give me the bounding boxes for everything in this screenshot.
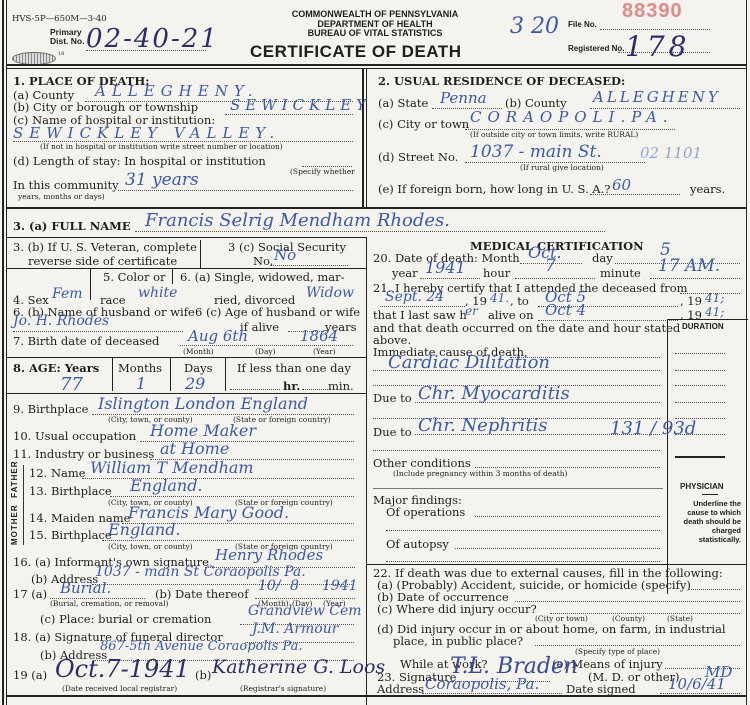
community-note: years, months or days) bbox=[18, 192, 105, 201]
father-name-value: William T Mendham bbox=[90, 458, 254, 477]
header-divider-2 bbox=[6, 68, 746, 69]
external-divider bbox=[366, 564, 746, 565]
due-to-1-value: Chr. Myocarditis bbox=[418, 383, 570, 404]
due-to-2-line bbox=[415, 434, 660, 435]
external-c-label: (c) Where did injury occur? bbox=[377, 602, 537, 616]
divider-row-3b bbox=[6, 237, 366, 238]
death-day-label: day bbox=[592, 251, 613, 265]
ssn-value: No bbox=[274, 246, 296, 264]
duration-line-1 bbox=[675, 353, 725, 354]
section-divider-2 bbox=[366, 68, 367, 208]
due-to-2-label: Due to bbox=[373, 425, 412, 439]
duration-line-2 bbox=[675, 370, 725, 371]
spouse-age-label: 6 (c) Age of husband or wife bbox=[195, 305, 360, 319]
other-conditions-divider bbox=[373, 488, 663, 489]
birth-year-value: 1864 bbox=[300, 327, 338, 345]
mother-birthplace-caption-1: (City, town, or county) bbox=[108, 542, 193, 551]
color-marital-divider bbox=[172, 268, 173, 284]
primary-dist-label: Primary Dist. No. bbox=[50, 28, 84, 46]
community-value: 31 years bbox=[125, 170, 199, 190]
disposition-type-caption: (Burial, cremation, or removal) bbox=[50, 599, 168, 608]
divider-row-4 bbox=[6, 268, 366, 269]
color-value: white bbox=[138, 285, 177, 301]
death-hour-line bbox=[515, 278, 595, 279]
sex-value: Fem bbox=[52, 286, 83, 302]
margin-note: 3 20 bbox=[510, 14, 559, 39]
occupation-label: 10. Usual occupation bbox=[13, 429, 136, 443]
stay-note: (Specify whether bbox=[290, 167, 355, 176]
other-conditions-label: Other conditions bbox=[373, 456, 471, 470]
full-name-line bbox=[135, 231, 605, 232]
spouse-name-value: Jo. H. Rhodes bbox=[13, 313, 109, 329]
birth-date-label: 7. Birth date of deceased bbox=[13, 334, 159, 348]
burial-place-value: Grandview Cem bbox=[248, 603, 362, 619]
physician-address-value: Coraopolis, Pa. bbox=[425, 675, 539, 693]
industry-value: at Home bbox=[160, 439, 229, 458]
last-saw-year-value: 41; bbox=[705, 305, 724, 319]
age-years-value: 77 bbox=[60, 374, 83, 395]
hospital-value: SEWICKLEY VALLEY. bbox=[13, 124, 280, 142]
to-year-label: , 19 bbox=[680, 294, 702, 308]
registrar-date-value: Oct.7-1941 bbox=[55, 655, 190, 683]
age-divider-2 bbox=[170, 357, 171, 391]
marital-value: Widow bbox=[306, 285, 354, 301]
death-city-line bbox=[225, 114, 353, 115]
res-county-value: ALLEGHENY bbox=[593, 88, 721, 106]
age-months-label: Months bbox=[118, 361, 162, 375]
res-state-label: (a) State bbox=[378, 96, 428, 110]
age-years-label: 8. AGE: Years bbox=[13, 361, 99, 375]
community-line bbox=[118, 190, 353, 191]
parents-bracket bbox=[23, 465, 27, 545]
due-to-1-label: Due to bbox=[373, 391, 412, 405]
occurred-label: and that death occurred on the date and … bbox=[373, 321, 680, 335]
operations-line-2 bbox=[386, 530, 660, 531]
age-less-label: If less than one day bbox=[237, 361, 351, 375]
certificate-title: CERTIFICATE OF DEATH bbox=[250, 42, 461, 62]
registrar-date-caption: (Date received local registrar) bbox=[62, 684, 177, 693]
attended-from-value: Sept. 24 bbox=[385, 289, 444, 305]
registered-no-line bbox=[618, 52, 710, 53]
informant-signature-value: Henry Rhodes bbox=[215, 546, 323, 564]
section-divider bbox=[362, 68, 364, 208]
mother-birthplace-line bbox=[102, 540, 354, 541]
res-city-note: (If outside city or town limits, write R… bbox=[470, 130, 638, 139]
father-name-label: 12. Name bbox=[29, 466, 86, 480]
death-minute-line bbox=[650, 278, 740, 279]
father-name-line bbox=[82, 478, 354, 479]
death-city-value: SEWICKLEY bbox=[230, 96, 371, 114]
length-of-stay-label: (d) Length of stay: In hospital or insti… bbox=[13, 154, 266, 168]
registrar-signature-caption: (Registrar's signature) bbox=[240, 684, 326, 693]
agency-line-3: BUREAU OF VITAL STATISTICS bbox=[275, 29, 475, 39]
duration-label: DURATION bbox=[682, 322, 724, 331]
immediate-cause-line-1 bbox=[510, 357, 660, 358]
birthplace-label: 9. Birthplace bbox=[13, 402, 88, 416]
funeral-director-value: J.M. Armour bbox=[252, 621, 338, 637]
age-min-label: min. bbox=[328, 379, 354, 393]
father-side-label: FATHER bbox=[10, 460, 19, 497]
res-street-note: (If rural give location) bbox=[520, 163, 604, 172]
color-label-1: 5. Color or bbox=[103, 270, 166, 284]
attended-from-line bbox=[380, 306, 465, 307]
agency-block: COMMONWEALTH OF PENNSYLVANIA DEPARTMENT … bbox=[275, 10, 475, 39]
res-state-value: Penna bbox=[440, 89, 487, 107]
disposition-17a-label: 17 (a) bbox=[13, 587, 47, 601]
res-street-code: 02 1101 bbox=[640, 144, 702, 162]
foreign-born-value: 60 bbox=[612, 176, 631, 194]
external-d-line bbox=[535, 645, 740, 646]
funeral-director-address-value: 867-5th Avenue Coraopolis Pa. bbox=[100, 639, 303, 654]
physician-note: Underline the cause to which death shoul… bbox=[671, 499, 741, 544]
sex-color-divider bbox=[90, 268, 91, 300]
date-signed-label: Date signed bbox=[566, 682, 636, 696]
occupation-value: Home Maker bbox=[150, 421, 256, 440]
other-conditions-line bbox=[475, 467, 660, 468]
date-signed-line bbox=[660, 693, 740, 694]
date-signed-value: 10/6/41 bbox=[668, 675, 726, 693]
veteran-label-2: reverse side of certificate bbox=[28, 254, 177, 268]
birthplace-value: Islington London England bbox=[98, 394, 308, 413]
right-border bbox=[746, 0, 747, 705]
duration-line-4 bbox=[675, 402, 725, 403]
disposition-date-day: 8 bbox=[290, 578, 299, 594]
external-d-label-2: place, in public place? bbox=[393, 634, 523, 648]
mother-side-label: MOTHER bbox=[10, 504, 19, 545]
due-to-2-value: Chr. Nephritis bbox=[418, 415, 548, 436]
mother-birthplace-label: 15. Birthplace bbox=[29, 528, 112, 542]
age-months-value: 1 bbox=[136, 374, 146, 393]
full-name-label: 3. (a) FULL NAME bbox=[13, 219, 131, 233]
divider-row-8 bbox=[6, 357, 366, 358]
registrar-19a-label: 19 (a) bbox=[13, 668, 47, 682]
physician-heading: PHYSICIAN bbox=[680, 482, 724, 491]
last-saw-label-1: that I last saw h bbox=[373, 308, 467, 322]
file-no-label: File No. bbox=[568, 20, 597, 29]
age-divider-3 bbox=[225, 357, 226, 391]
age-min-line bbox=[302, 389, 328, 390]
father-birthplace-line bbox=[110, 496, 354, 497]
marital-label-1: 6. (a) Single, widowed, mar- bbox=[180, 270, 345, 284]
due-to-2-line-2 bbox=[373, 450, 660, 451]
foreign-born-label: (e) If foreign born, how long in U. S. A… bbox=[378, 182, 610, 196]
death-year-line bbox=[420, 278, 480, 279]
left-border bbox=[2, 0, 4, 705]
birth-year-caption: (Year) bbox=[313, 347, 336, 356]
autopsy-line bbox=[455, 548, 660, 549]
father-birthplace-label: 13. Birthplace bbox=[29, 484, 112, 498]
disposition-date-month: 10/ bbox=[258, 578, 281, 594]
physician-address-label: Address bbox=[377, 682, 424, 696]
registrar-signature-value: Katherine G. Loos bbox=[212, 656, 385, 678]
age-hr-line bbox=[230, 389, 280, 390]
autopsy-label: Of autopsy bbox=[386, 537, 449, 551]
birth-day-caption: (Day) bbox=[255, 347, 276, 356]
operations-line bbox=[475, 516, 660, 517]
full-name-value: Francis Selrig Mendham Rhodes. bbox=[145, 210, 450, 231]
registered-no-label: Registered No. bbox=[568, 44, 624, 53]
medical-column-divider bbox=[366, 237, 367, 705]
duration-line-3 bbox=[675, 385, 725, 386]
ssn-line bbox=[270, 265, 348, 266]
res-street-label: (d) Street No. bbox=[378, 150, 458, 164]
death-minute-value: 17 AM. bbox=[658, 256, 720, 276]
external-d-caption: (Specify type of place) bbox=[575, 647, 660, 656]
death-minute-label: minute bbox=[600, 266, 641, 280]
age-hr-label: hr. bbox=[283, 379, 300, 393]
physician-address-line bbox=[422, 693, 562, 694]
from-year-value: 41. bbox=[490, 291, 509, 305]
veteran-ssn-divider bbox=[200, 240, 201, 268]
death-hour-label: hour bbox=[483, 266, 510, 280]
age-days-value: 29 bbox=[185, 374, 205, 393]
immediate-cause-line-2 bbox=[373, 370, 660, 371]
disposition-type-value: Burial. bbox=[60, 579, 111, 597]
burial-place-label: (c) Place: burial or cremation bbox=[40, 612, 211, 626]
left-border-inner bbox=[6, 0, 7, 705]
death-year-label: year bbox=[392, 266, 418, 280]
last-saw-value: Oct 4 bbox=[545, 301, 586, 319]
registrar-19b-label: (b) bbox=[195, 668, 211, 682]
disposition-date-label: (b) Date thereof bbox=[155, 587, 248, 601]
code-annotation: 131 / 93d bbox=[610, 418, 696, 440]
header-divider bbox=[6, 64, 746, 66]
death-hour-value: 7 bbox=[545, 256, 556, 276]
other-conditions-note: (Include pregnancy within 3 months of de… bbox=[393, 469, 567, 478]
death-certificate: HVS-5P—650M—3-40 Primary Dist. No. 02-40… bbox=[0, 0, 750, 705]
veteran-label-1: 3. (b) If U. S. Veteran, complete bbox=[13, 240, 197, 254]
age-days-label: Days bbox=[184, 361, 212, 375]
foreign-born-unit: years. bbox=[690, 182, 725, 196]
death-year-value: 1941 bbox=[425, 258, 466, 277]
community-label: In this community bbox=[13, 178, 119, 192]
mother-father-side-label: MOTHER FATHER bbox=[10, 460, 19, 545]
seal-number: 18 bbox=[58, 51, 64, 57]
disposition-date-year: 1941 bbox=[322, 578, 358, 594]
duration-line-7 bbox=[675, 456, 725, 458]
section-divider-h bbox=[6, 207, 746, 209]
father-birthplace-value: England. bbox=[130, 476, 203, 495]
birth-month-caption: (Month) bbox=[183, 347, 214, 356]
form-code: HVS-5P—650M—3-40 bbox=[12, 14, 107, 24]
external-a-line bbox=[688, 589, 740, 590]
birth-month-value: Aug 6th bbox=[188, 327, 248, 345]
last-saw-pronoun: er bbox=[465, 304, 478, 318]
death-city-label: (b) City or borough or township bbox=[13, 100, 198, 114]
to-year-value: 41; bbox=[705, 291, 724, 305]
primary-dist-line bbox=[86, 50, 206, 51]
res-city-label: (c) City or town bbox=[378, 117, 469, 131]
autopsy-line-2 bbox=[386, 561, 660, 562]
age-divider-1 bbox=[112, 357, 113, 391]
duration-column-line bbox=[667, 319, 668, 594]
operations-label: Of operations bbox=[386, 505, 465, 519]
file-number-stamp: 88390 bbox=[622, 0, 683, 23]
to-label: , to bbox=[510, 294, 529, 308]
due-to-1-line bbox=[415, 402, 660, 403]
hospital-note: (If not in hospital or institution write… bbox=[40, 142, 283, 151]
mother-birthplace-value: England. bbox=[108, 520, 181, 539]
birth-date-line bbox=[180, 345, 353, 346]
last-saw-label-2: alive on bbox=[488, 308, 534, 322]
res-street-value: 1037 - main St. bbox=[470, 142, 602, 162]
external-b-line bbox=[515, 601, 740, 602]
spouse-name-line bbox=[13, 331, 183, 332]
registered-no-value: 178 bbox=[625, 30, 690, 63]
res-city-value: CORAOPOLI.PA. bbox=[470, 108, 674, 126]
informant-address-line bbox=[92, 584, 354, 585]
residence-heading: 2. USUAL RESIDENCE OF DECEASED: bbox=[378, 74, 625, 88]
physician-rule bbox=[702, 494, 718, 495]
foreign-born-line bbox=[590, 194, 680, 195]
